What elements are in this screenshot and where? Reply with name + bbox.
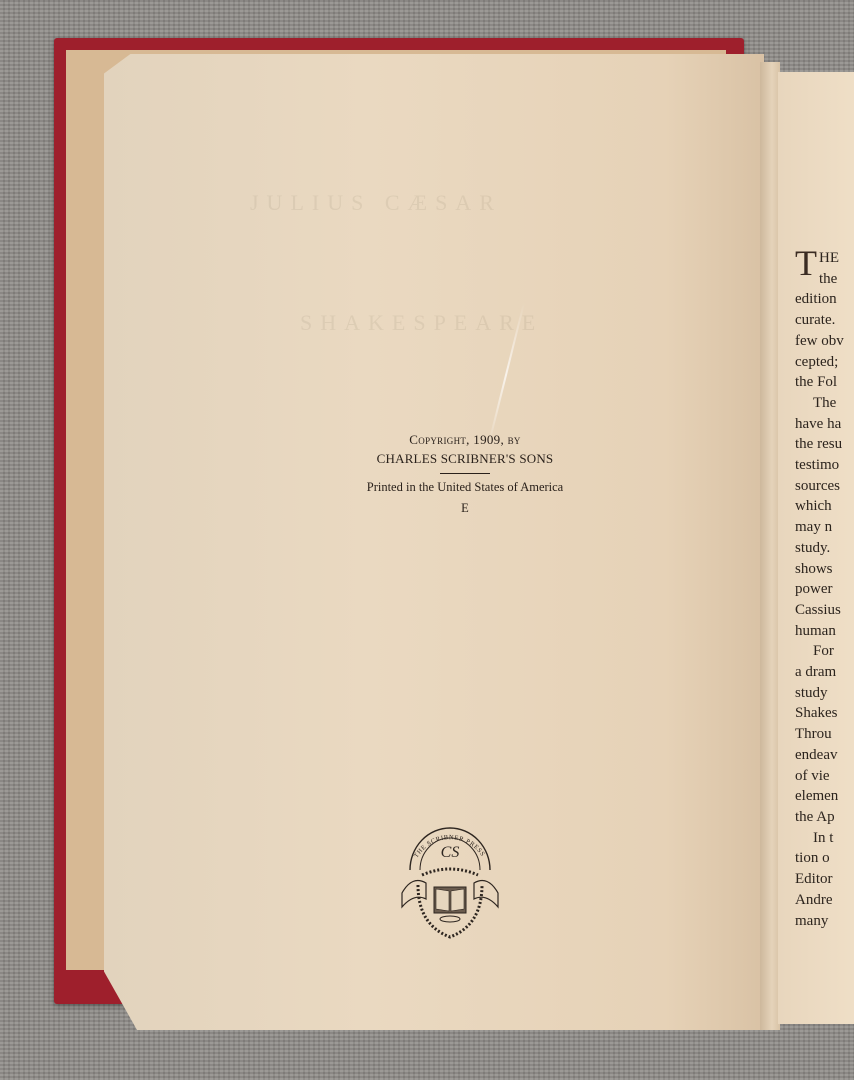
drop-cap: T — [795, 248, 817, 278]
text-line: HE — [819, 250, 839, 266]
text-line: cepted; — [795, 352, 854, 373]
text-line: many — [795, 911, 854, 932]
text-line: shows — [795, 559, 854, 580]
text-line: study. — [795, 538, 854, 559]
text-line: Cassius — [795, 600, 854, 621]
text-line: For — [795, 641, 854, 662]
printed-in-line: Printed in the United States of America — [330, 480, 600, 495]
text-line: may n — [795, 517, 854, 538]
text-line: Throu — [795, 724, 854, 745]
text-line: edition — [795, 289, 854, 310]
preface-text: THE the edition curate. few obv cepted; … — [795, 248, 854, 931]
text-line: human — [795, 621, 854, 642]
text-line: endeav — [795, 745, 854, 766]
copyright-by: by — [508, 432, 521, 447]
text-line: Shakes — [795, 703, 854, 724]
text-line: Andre — [795, 890, 854, 911]
text-line: of vie — [795, 766, 854, 787]
copyright-year: , 1909, — [466, 432, 507, 447]
text-line: elemen — [795, 786, 854, 807]
copyright-line: Copyright, 1909, by — [330, 432, 600, 448]
copyright-imprint: Copyright, 1909, by CHARLES SCRIBNER'S S… — [330, 432, 600, 516]
svg-text:CS: CS — [441, 844, 460, 861]
text-line: the Ap — [795, 807, 854, 828]
text-line: the Fol — [795, 372, 854, 393]
bleed-through-text: SHAKESPEARE — [300, 310, 543, 336]
text-line: In t — [795, 828, 854, 849]
text-line: a dram — [795, 662, 854, 683]
text-line: curate. — [795, 310, 854, 331]
edition-letter: E — [330, 501, 600, 516]
bleed-through-text: JULIUS CÆSAR — [250, 190, 502, 216]
text-line: power — [795, 579, 854, 600]
text-line: the resu — [795, 434, 854, 455]
preface-first-line: THE — [795, 248, 854, 269]
copyright-word: Copyright — [409, 432, 466, 447]
book-gutter — [760, 62, 780, 1030]
text-line: testimo — [795, 455, 854, 476]
text-line: Editor — [795, 869, 854, 890]
text-line: which — [795, 496, 854, 517]
publisher-name: CHARLES SCRIBNER'S SONS — [330, 451, 600, 467]
divider-rule — [440, 473, 490, 474]
text-line: tion o — [795, 848, 854, 869]
text-line: The — [795, 393, 854, 414]
text-line: few obv — [795, 331, 854, 352]
text-line: have ha — [795, 414, 854, 435]
scribner-press-emblem-icon: THE SCRIBNER PRESS CS — [396, 815, 504, 943]
text-line: study — [795, 683, 854, 704]
text-line: sources — [795, 476, 854, 497]
